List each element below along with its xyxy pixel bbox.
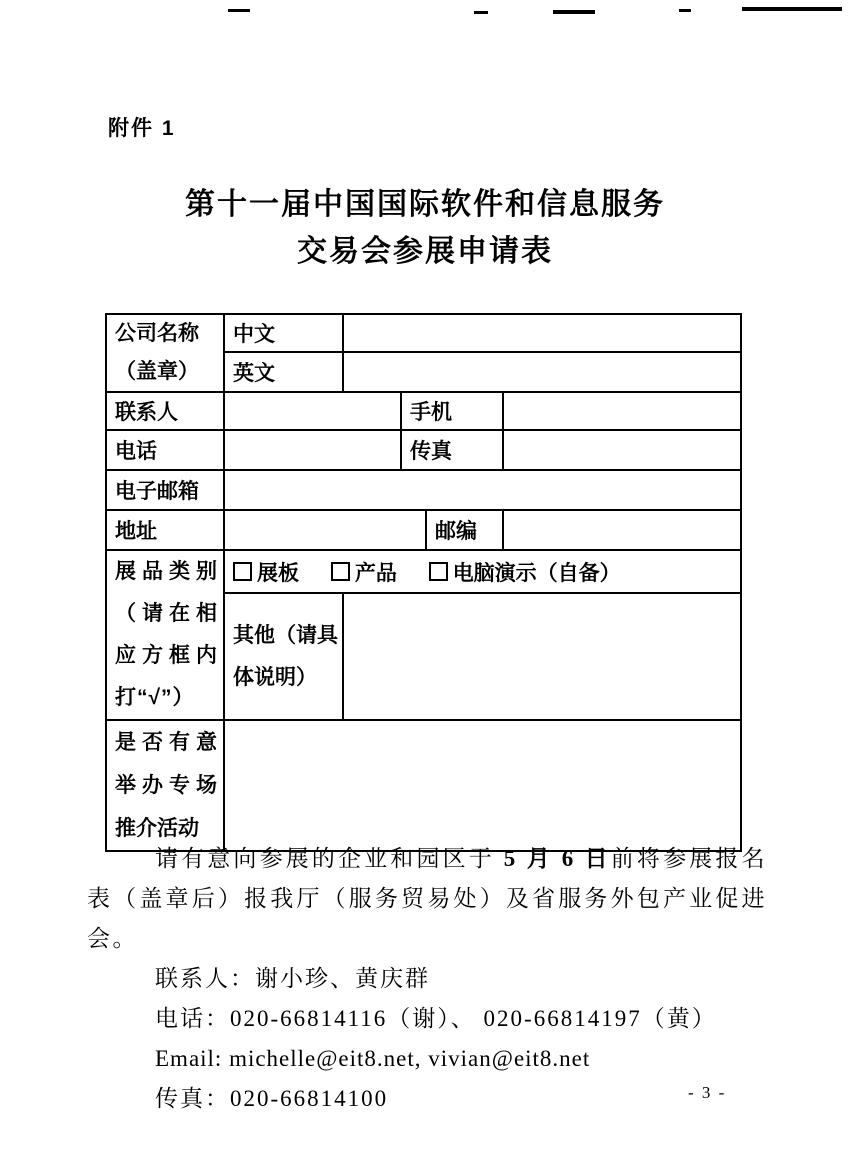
checkbox-label: 展板 xyxy=(257,562,299,585)
special-event-label-line2: 举办专场 xyxy=(115,764,221,807)
checkbox-option-demo: 电脑演示（自备） xyxy=(429,557,621,587)
application-form-table: 公司名称 （盖章） 中文 英文 联系人 手机 电话 传真 xyxy=(105,313,742,852)
chinese-name-label: 中文 xyxy=(224,314,343,352)
notes-paragraph-text: 请有意向参展的企业和园区于 xyxy=(155,846,495,871)
notes-contact-line: 联系人：谢小珍、黄庆群 xyxy=(155,959,767,999)
address-field xyxy=(224,510,426,550)
document-page: 附件 1 第十一届中国国际软件和信息服务 交易会参展申请表 公司名称 （盖章） … xyxy=(0,0,850,1169)
phone-label: 电话 xyxy=(106,430,224,470)
exhibit-category-label-line2: （请在相 xyxy=(115,593,221,635)
exhibit-category-label-line1: 展品类别 xyxy=(115,551,221,593)
company-name-chinese-field xyxy=(343,314,741,352)
other-category-field xyxy=(343,593,741,720)
exhibit-category-options: 展板 产品 电脑演示（自备） xyxy=(224,550,741,593)
fax-label: 传真 xyxy=(401,430,503,470)
exhibit-category-label-line3: 应方框内 xyxy=(115,635,221,677)
mobile-label: 手机 xyxy=(401,392,503,430)
mobile-field xyxy=(503,392,741,430)
zip-code-field xyxy=(503,510,741,550)
document-title: 第十一届中国国际软件和信息服务 交易会参展申请表 xyxy=(0,181,850,275)
title-line-1: 第十一届中国国际软件和信息服务 xyxy=(0,181,850,228)
scan-artifact xyxy=(228,9,250,12)
scan-artifact xyxy=(474,11,488,14)
other-category-label-line2: 体说明） xyxy=(233,657,340,699)
notes-paragraph: 请有意向参展的企业和园区于 5 月 6 日前将参展报名表（盖章后）报我厅（服务贸… xyxy=(87,839,767,959)
contact-person-label: 联系人 xyxy=(106,392,224,430)
page-number: - 3 - xyxy=(688,1083,726,1103)
zip-code-label: 邮编 xyxy=(426,510,503,550)
other-category-label: 其他（请具 体说明） xyxy=(224,593,343,720)
address-label: 地址 xyxy=(106,510,224,550)
scan-artifact xyxy=(679,9,691,12)
special-event-label: 是否有意 举办专场 推介活动 xyxy=(106,720,224,851)
checkbox-option-product: 产品 xyxy=(331,557,397,587)
checkbox-icon xyxy=(233,562,252,581)
notes-phone-line: 电话：020-66814116（谢）、 020-66814197（黄） xyxy=(155,999,767,1039)
notes-section: 请有意向参展的企业和园区于 5 月 6 日前将参展报名表（盖章后）报我厅（服务贸… xyxy=(87,839,767,1119)
scan-artifact xyxy=(742,7,842,11)
checkbox-label: 产品 xyxy=(355,562,397,585)
company-name-label: 公司名称 （盖章） xyxy=(106,314,224,392)
title-line-2: 交易会参展申请表 xyxy=(0,228,850,275)
other-category-label-line1: 其他（请具 xyxy=(233,615,340,657)
checkbox-option-panel: 展板 xyxy=(233,557,299,587)
checkbox-icon xyxy=(331,562,350,581)
email-field xyxy=(224,470,741,510)
special-event-label-line1: 是否有意 xyxy=(115,721,221,764)
checkbox-icon xyxy=(429,562,448,581)
special-event-field xyxy=(224,720,741,851)
company-name-english-field xyxy=(343,352,741,392)
notes-email-line: Email: michelle@eit8.net, vivian@eit8.ne… xyxy=(155,1039,767,1079)
exhibit-category-label-line4: 打“√”） xyxy=(115,677,221,719)
english-name-label: 英文 xyxy=(224,352,343,392)
phone-field xyxy=(224,430,401,470)
notes-fax-line: 传真：020-66814100 xyxy=(155,1079,767,1119)
email-label: 电子邮箱 xyxy=(106,470,224,510)
attachment-label: 附件 1 xyxy=(108,112,176,142)
notes-deadline-date: 5 月 6 日 xyxy=(495,846,611,871)
scan-artifact xyxy=(553,10,595,14)
company-name-label-line1: 公司名称 xyxy=(115,315,221,353)
contact-person-field xyxy=(224,392,401,430)
exhibit-category-label: 展品类别 （请在相 应方框内 打“√”） xyxy=(106,550,224,720)
fax-field xyxy=(503,430,741,470)
checkbox-label: 电脑演示（自备） xyxy=(453,562,621,585)
company-seal-label-line2: （盖章） xyxy=(115,353,221,391)
